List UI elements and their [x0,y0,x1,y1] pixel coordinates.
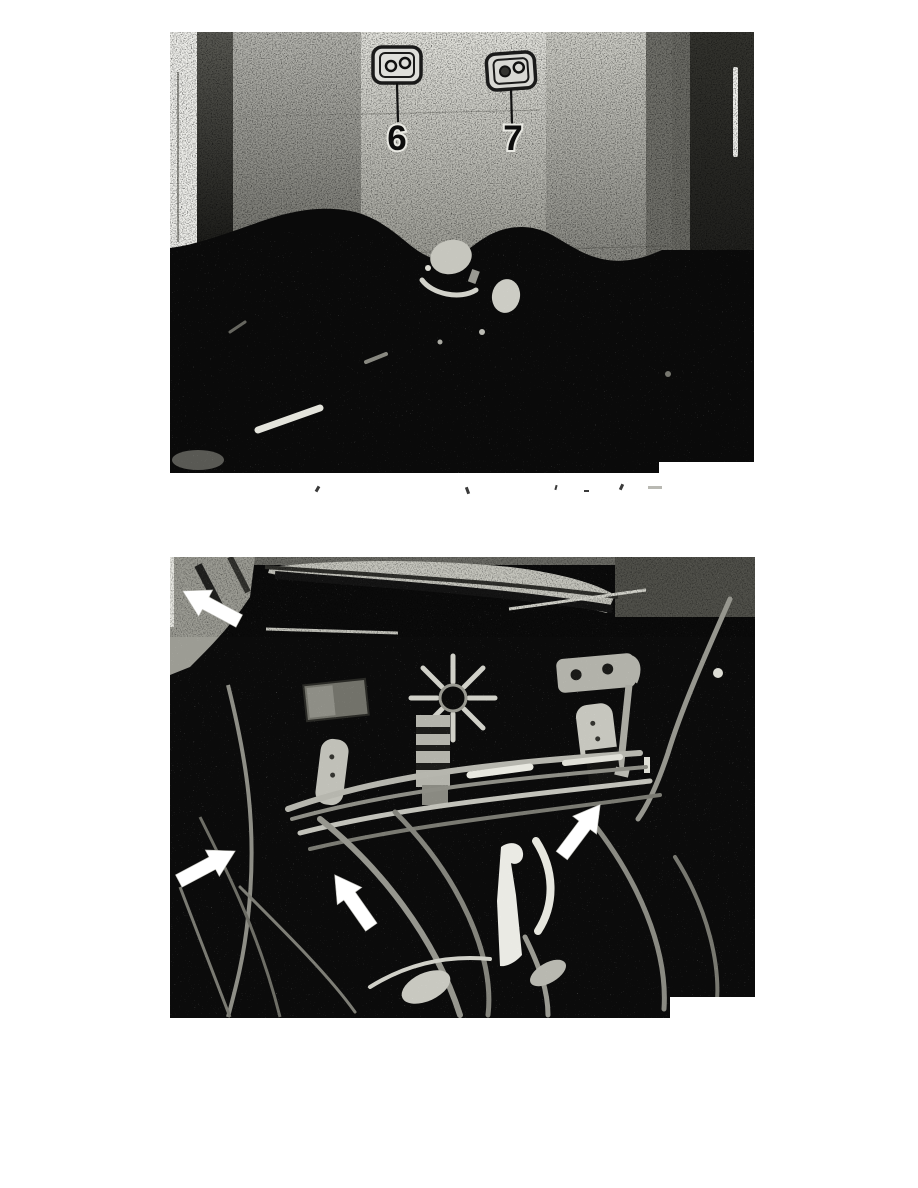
film-grain-overlay [170,557,755,1018]
two-pin-connector-icon [373,47,421,83]
scanned-manual-page: 6 7 [0,0,918,1188]
scan-artifact [619,484,624,491]
callout-6-label: 6 [387,119,406,158]
scan-artifact [315,486,321,493]
photo-engine-firewall: 6 7 [170,32,754,473]
photo-wiring-harness-canvas [170,557,755,1018]
photo-wiring-harness [170,557,755,1018]
two-pin-connector-icon [486,51,536,90]
dark-machinery-silhouette [170,209,754,473]
photo-engine-firewall-canvas: 6 7 [170,32,754,473]
scan-artifact [465,487,470,495]
callout-7-label: 7 [503,119,522,158]
scan-artifact [648,486,662,489]
callout-6-leader-line [397,83,398,122]
scan-artifact [554,485,557,490]
scan-artifact [584,490,589,492]
